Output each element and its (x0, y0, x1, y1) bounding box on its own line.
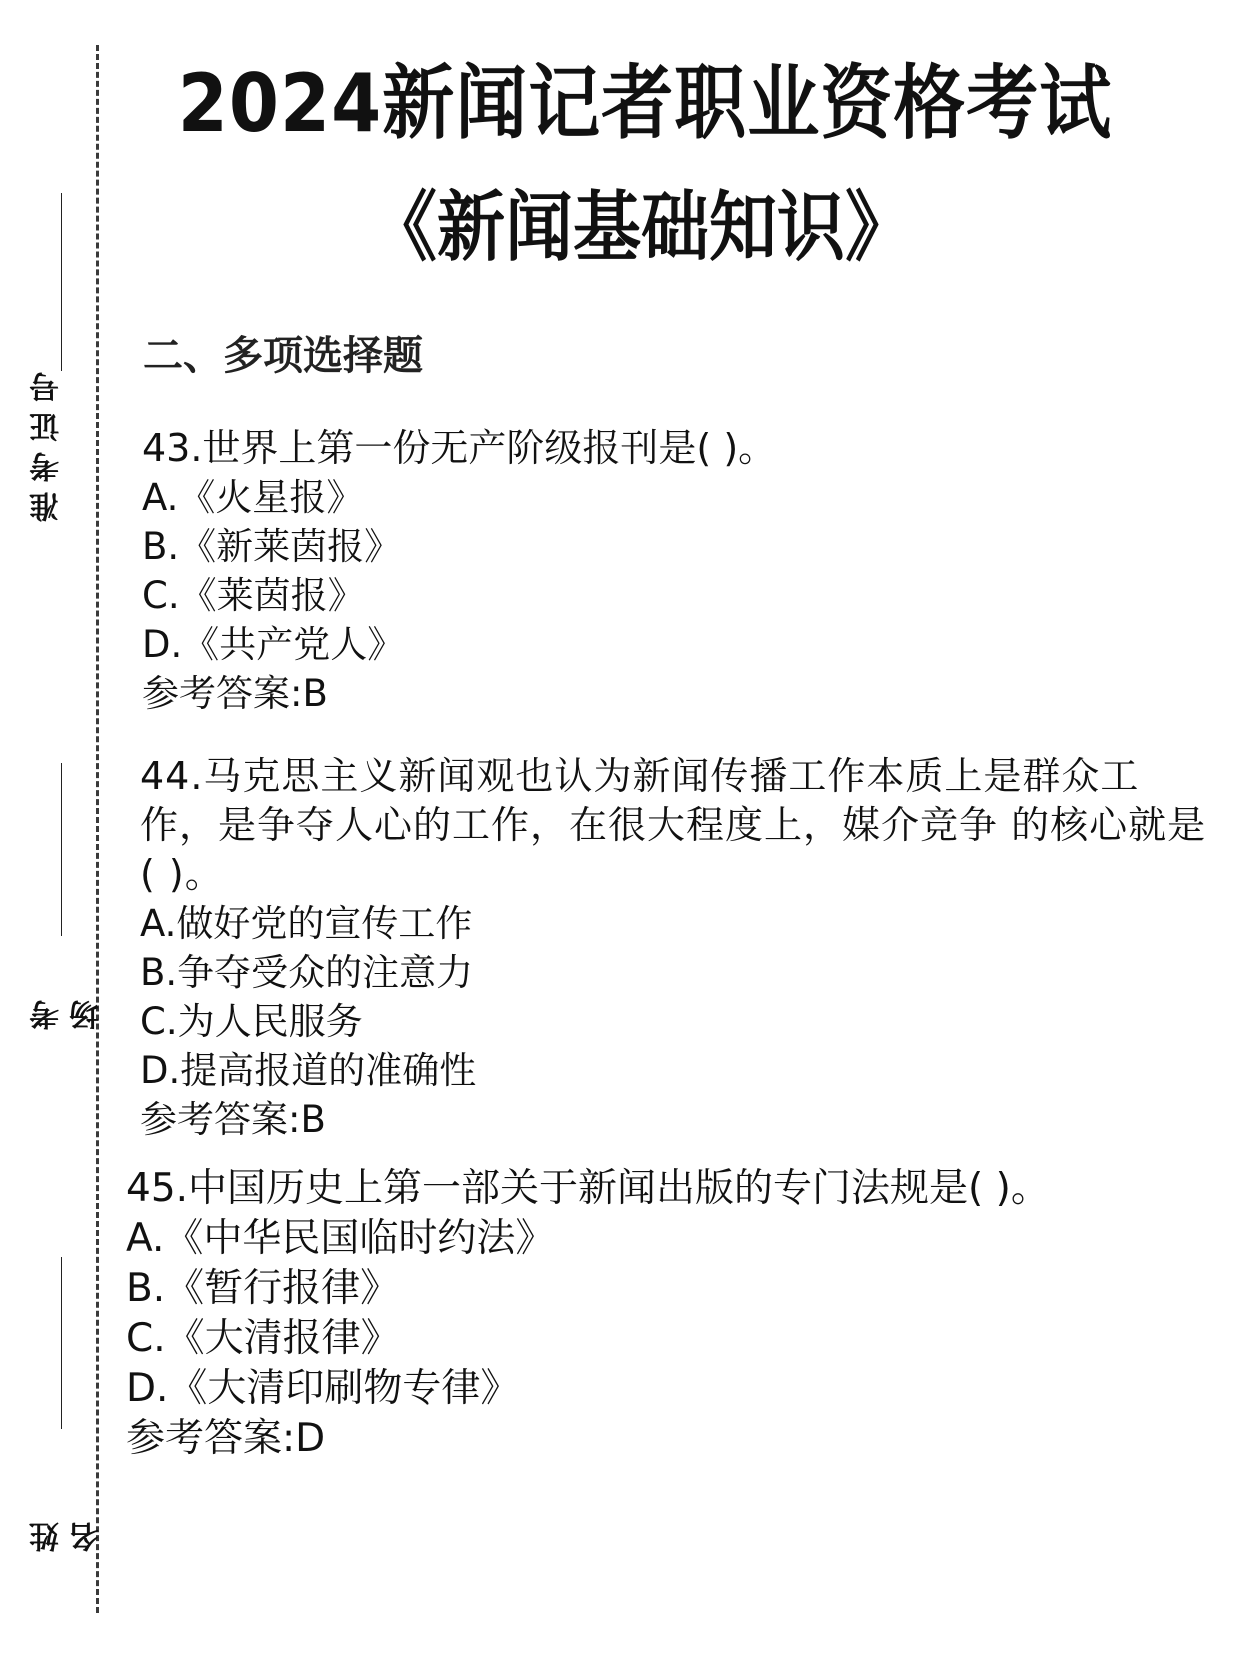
exam-room-fill-line (61, 763, 62, 936)
document-subtitle: 《新闻基础知识》 (0, 179, 1242, 280)
reference-answer: 参考答案:D (126, 1414, 1050, 1464)
reference-answer: 参考答案:B (142, 669, 776, 718)
option-c: C.《莱茵报》 (142, 571, 776, 620)
question-stem: 43.世界上第一份无产阶级报刊是( )。 (142, 424, 776, 473)
exam-id-label: 准考证号 (28, 352, 68, 522)
option-d: D.提高报道的准确性 (140, 1046, 1210, 1095)
name-label: 姓名 (28, 1440, 68, 1552)
exam-room-label: 考场 (28, 930, 68, 1030)
option-a: A.《火星报》 (142, 473, 776, 522)
option-a: A.《中华民国临时约法》 (126, 1214, 1050, 1264)
option-b: B.《新莱茵报》 (142, 522, 776, 571)
option-c: C.为人民服务 (140, 997, 1210, 1046)
section-heading: 二、多项选择题 (143, 328, 423, 384)
question-stem: 45.中国历史上第一部关于新闻出版的专门法规是( )。 (126, 1164, 1050, 1214)
question-45: 45.中国历史上第一部关于新闻出版的专门法规是( )。 A.《中华民国临时约法》… (126, 1164, 1050, 1464)
option-b: B.争夺受众的注意力 (140, 948, 1210, 997)
question-43: 43.世界上第一份无产阶级报刊是( )。 A.《火星报》 B.《新莱茵报》 C.… (142, 424, 776, 718)
option-b: B.《暂行报律》 (126, 1264, 1050, 1314)
option-d: D.《大清印刷物专律》 (126, 1364, 1050, 1414)
name-fill-line (61, 1257, 62, 1429)
question-stem: 44.马克思主义新闻观也认为新闻传播工作本质上是群众工作，是争夺人心的工作，在很… (140, 752, 1210, 899)
option-d: D.《共产党人》 (142, 620, 776, 669)
option-c: C.《大清报律》 (126, 1314, 1050, 1364)
binding-dashed-line (96, 45, 99, 1613)
reference-answer: 参考答案:B (140, 1095, 1210, 1144)
question-44: 44.马克思主义新闻观也认为新闻传播工作本质上是群众工作，是争夺人心的工作，在很… (140, 752, 1210, 1144)
option-a: A.做好党的宣传工作 (140, 899, 1210, 948)
document-title: 2024新闻记者职业资格考试 (0, 53, 1242, 154)
